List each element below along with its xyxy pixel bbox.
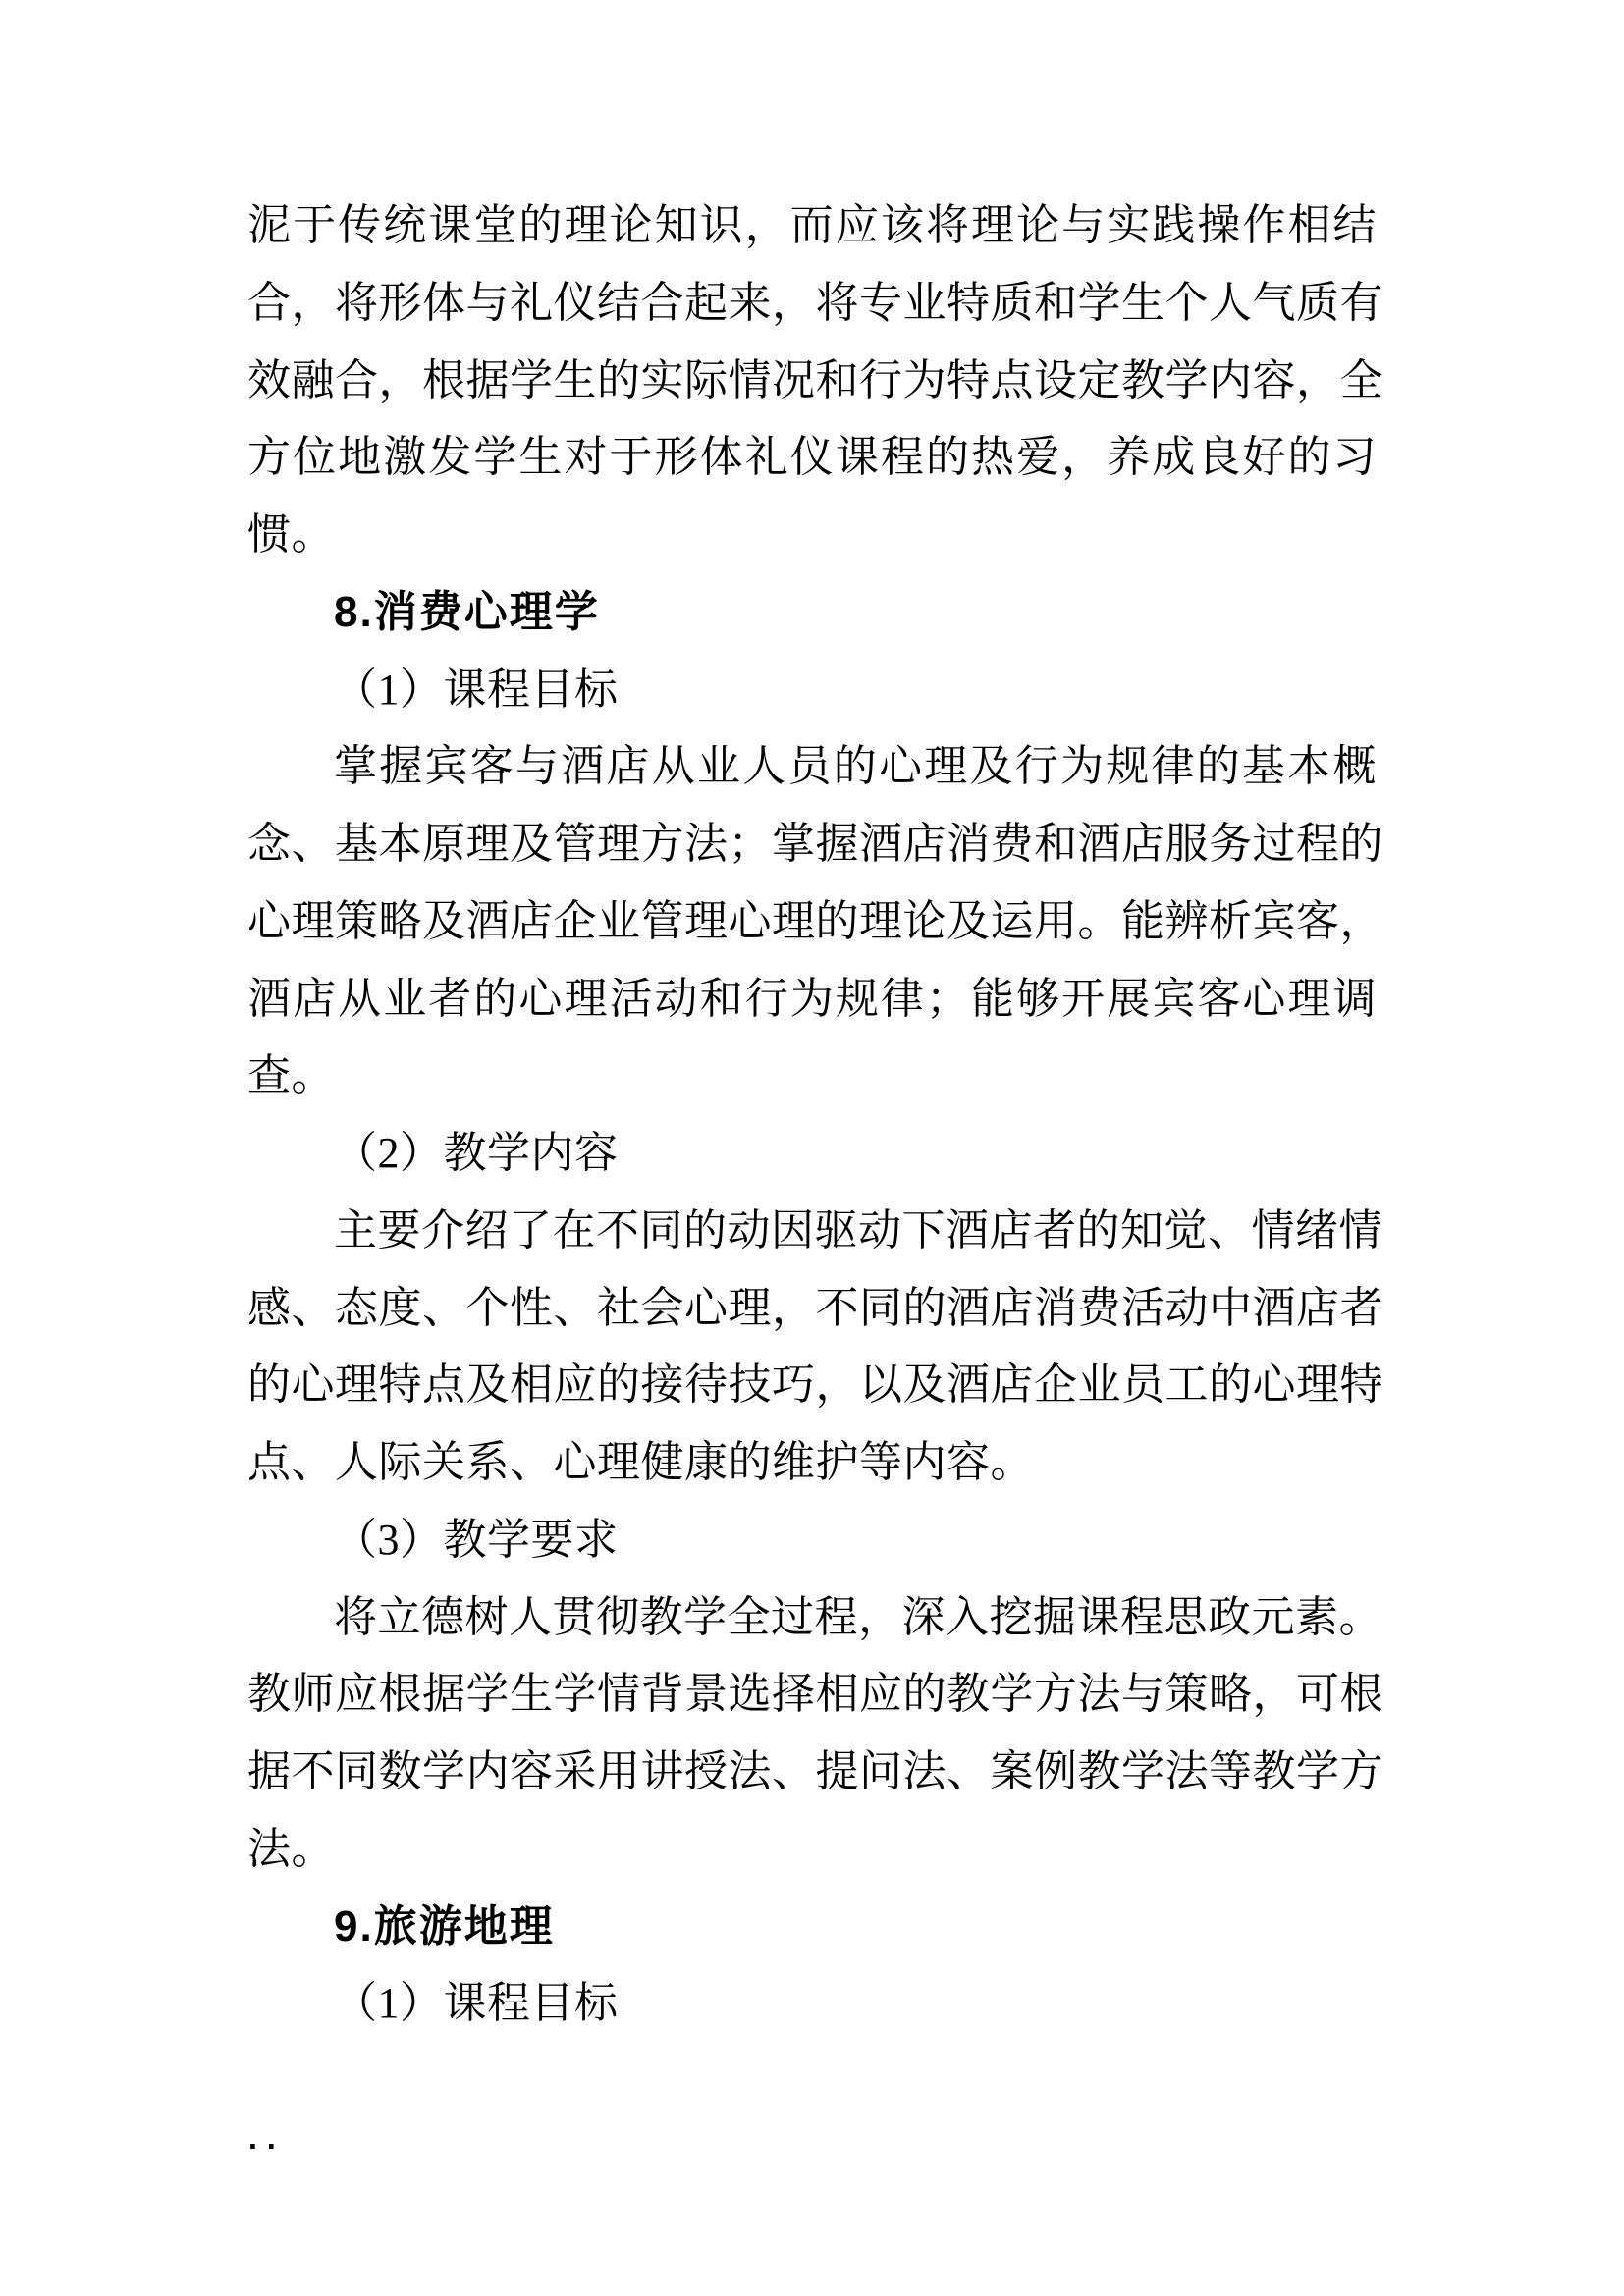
text-line: 据不同数学内容采用讲授法、提问法、案例教学法等教学方 xyxy=(247,1734,1377,1811)
text-line: 法。 xyxy=(247,1811,1377,1889)
text-line: （1）课程目标 xyxy=(247,1965,1377,2043)
text-block: 泥于传统课堂的理论知识，而应该将理论与实践操作相结合，将形体与礼仪结合起来，将专… xyxy=(247,187,1377,2043)
text-line: 将立德树人贯彻教学全过程，深入挖掘课程思政元素。 xyxy=(247,1579,1377,1657)
text-line: 效融合，根据学生的实际情况和行为特点设定教学内容，全 xyxy=(247,343,1377,420)
text-line: 合，将形体与礼仪结合起来，将专业特质和学生个人气质有 xyxy=(247,265,1377,343)
text-line: 查。 xyxy=(247,1038,1377,1115)
text-line: 主要介绍了在不同的动因驱动下酒店者的知觉、情绪情 xyxy=(247,1193,1377,1270)
text-line: （2）教学内容 xyxy=(247,1115,1377,1193)
text-line: （1）课程目标 xyxy=(247,652,1377,729)
text-line: 泥于传统课堂的理论知识，而应该将理论与实践操作相结 xyxy=(247,187,1377,265)
document-page: 泥于传统课堂的理论知识，而应该将理论与实践操作相结合，将形体与礼仪结合起来，将专… xyxy=(0,0,1624,2296)
text-line: 掌握宾客与酒店从业人员的心理及行为规律的基本概 xyxy=(247,728,1377,806)
text-line: 心理策略及酒店企业管理心理的理论及运用。能辨析宾客， xyxy=(247,883,1377,961)
text-line: 方位地激发学生对于形体礼仪课程的热爱，养成良好的习 xyxy=(247,419,1377,497)
text-line: 感、态度、个性、社会心理，不同的酒店消费活动中酒店者 xyxy=(247,1270,1377,1348)
scan-artifact-dots: .. xyxy=(244,2123,282,2157)
text-line: 念、基本原理及管理方法；掌握酒店消费和酒店服务过程的 xyxy=(247,806,1377,883)
text-line: 惯。 xyxy=(247,497,1377,574)
section-heading: 9.旅游地理 xyxy=(247,1889,1377,1966)
text-line: 点、人际关系、心理健康的维护等内容。 xyxy=(247,1424,1377,1502)
text-line: 的心理特点及相应的接待技巧，以及酒店企业员工的心理特 xyxy=(247,1347,1377,1424)
text-line: 酒店从业者的心理活动和行为规律；能够开展宾客心理调 xyxy=(247,961,1377,1039)
section-heading: 8.消费心理学 xyxy=(247,574,1377,652)
text-line: 教师应根据学生学情背景选择相应的教学方法与策略，可根 xyxy=(247,1656,1377,1734)
text-line: （3）教学要求 xyxy=(247,1502,1377,1579)
